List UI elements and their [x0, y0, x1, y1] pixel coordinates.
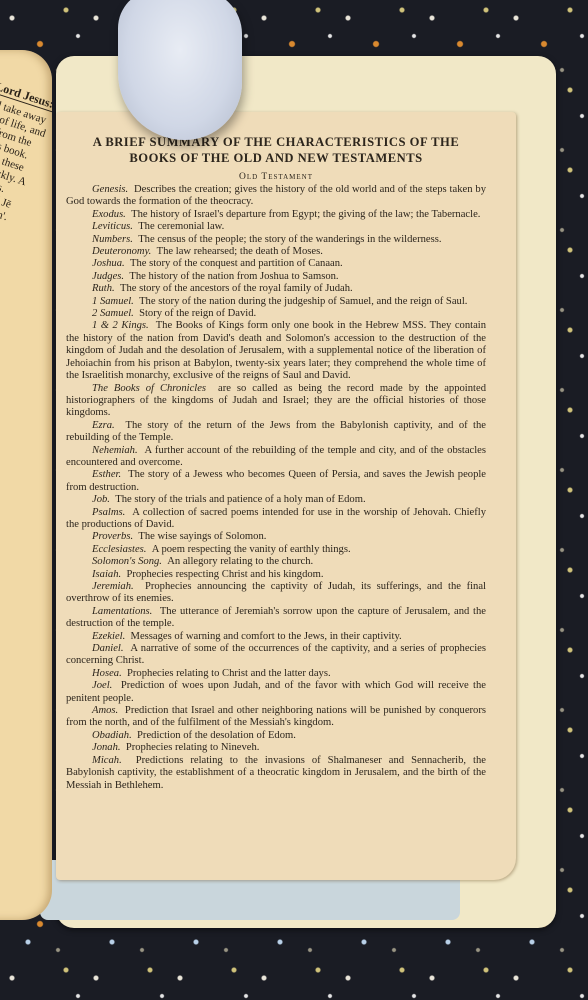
gloved-finger [118, 0, 242, 140]
book-description: The story of the trials and patience of … [115, 494, 365, 505]
book-name: Ezra. [92, 420, 115, 431]
book-description: Prophecies relating to Christ and the la… [127, 668, 331, 679]
book-description: The story of the conquest and partition … [130, 258, 343, 269]
book-name: Ruth. [92, 283, 115, 294]
book-entry: Deuteronomy. The law rehearsed; the deat… [66, 246, 486, 258]
book-name: Exodus. [92, 209, 126, 220]
book-description: The wise sayings of Solomon. [138, 531, 266, 542]
book-entry: Joshua. The story of the conquest and pa… [66, 258, 486, 270]
book-entry: Ezra. The story of the return of the Jew… [66, 420, 486, 445]
book-name: 1 & 2 Kings. [92, 320, 149, 331]
book-description: Prophecies relating to Nineveh. [126, 742, 260, 753]
book-entry: Lamentations. The utterance of Jeremiah'… [66, 606, 486, 631]
book-description: Story of the reign of David. [139, 308, 256, 319]
book-description: Prophecies respecting Christ and his kin… [126, 569, 323, 580]
book-description: The history of Israel's departure from E… [131, 209, 480, 220]
book-entry: Esther. The story of a Jewess who become… [66, 469, 486, 494]
book-name: The Books of Chronicles [92, 383, 206, 394]
book-name: 2 Samuel. [92, 308, 134, 319]
book-entry: Leviticus. The ceremonial law. [66, 221, 486, 233]
book-description: Prediction of the desolation of Edom. [137, 730, 296, 741]
book-name: Leviticus. [92, 221, 133, 232]
book-name: 1 Samuel. [92, 296, 134, 307]
book-name: Hosea. [92, 668, 122, 679]
book-description: Messages of warning and comfort to the J… [131, 631, 402, 642]
book-description: A collection of sacred poems intended fo… [66, 507, 486, 530]
book-entry: Ezekiel. Messages of warning and comfort… [66, 631, 486, 643]
entry-list: Genesis. Describes the creation; gives t… [66, 184, 486, 792]
book-description: The story of the return of the Jews from… [66, 420, 486, 443]
book-name: Ezekiel. [92, 631, 125, 642]
book-entry: Jonah. Prophecies relating to Nineveh. [66, 742, 486, 754]
book-name: Joel. [92, 680, 112, 691]
book-name: Lamentations. [92, 606, 152, 617]
book-description: A poem respecting the vanity of earthly … [152, 544, 351, 555]
book-entry: Psalms. A collection of sacred poems int… [66, 507, 486, 532]
book-description: The census of the people; the story of t… [138, 234, 441, 245]
book-name: Proverbs. [92, 531, 133, 542]
book-entry: Isaiah. Prophecies respecting Christ and… [66, 569, 486, 581]
book-entry: Ruth. The story of the ancestors of the … [66, 283, 486, 295]
book-name: Joshua. [92, 258, 125, 269]
book-entry: Hosea. Prophecies relating to Christ and… [66, 668, 486, 680]
book-name: Psalms. [92, 507, 125, 518]
title-line-2: BOOKS OF THE OLD AND NEW TESTAMENTS [66, 150, 486, 166]
book-name: Isaiah. [92, 569, 121, 580]
book-entry: 1 & 2 Kings. The Books of Kings form onl… [66, 320, 486, 382]
section-heading: Old Testament [66, 172, 486, 182]
book-name: Deuteronomy. [92, 246, 151, 257]
book-entry: Solomon's Song. An allegory relating to … [66, 556, 486, 568]
book-description: The story of the ancestors of the royal … [120, 283, 353, 294]
book-description: The history of the nation from Joshua to… [129, 271, 338, 282]
book-description: Prediction of woes upon Judah, and of th… [66, 680, 486, 703]
book-name: Jonah. [92, 742, 121, 753]
book-entry: Numbers. The census of the people; the s… [66, 234, 486, 246]
book-name: Micah. [92, 755, 122, 766]
book-description: A narrative of some of the occurrences o… [66, 643, 486, 666]
title-line-1: A BRIEF SUMMARY OF THE CHARACTERISTICS O… [66, 134, 486, 150]
book-entry: Ecclesiastes. A poem respecting the vani… [66, 544, 486, 556]
left-page-text: Lord Jesus: A all take away ok of life, … [0, 80, 52, 236]
page-title: A BRIEF SUMMARY OF THE CHARACTERISTICS O… [66, 134, 486, 166]
book-name: Obadiah. [92, 730, 132, 741]
book-name: Jeremiah. [92, 581, 134, 592]
book-name: Job. [92, 494, 110, 505]
book-name: Daniel. [92, 643, 123, 654]
book-entry: Genesis. Describes the creation; gives t… [66, 184, 486, 209]
book-entry: 2 Samuel. Story of the reign of David. [66, 308, 486, 320]
book-name: Solomon's Song. [92, 556, 162, 567]
book-description: The ceremonial law. [138, 221, 224, 232]
book-description: Describes the creation; gives the histor… [66, 184, 486, 207]
book-description: Prediction that Israel and other neighbo… [66, 705, 486, 728]
summary-page: A BRIEF SUMMARY OF THE CHARACTERISTICS O… [56, 112, 516, 880]
book-entry: Jeremiah. Prophecies announcing the capt… [66, 581, 486, 606]
left-page: Lord Jesus: A all take away ok of life, … [0, 50, 52, 920]
book-description: The law rehearsed; the death of Moses. [157, 246, 323, 257]
book-entry: Judges. The history of the nation from J… [66, 271, 486, 283]
book-entry: Micah. Predictions relating to the invas… [66, 755, 486, 792]
book-entry: The Books of Chronicles are so called as… [66, 383, 486, 420]
book-name: Amos. [92, 705, 118, 716]
book-name: Esther. [92, 469, 121, 480]
book-description: The story of the nation during the judge… [139, 296, 467, 307]
book-entry: Obadiah. Prediction of the desolation of… [66, 730, 486, 742]
book-entry: Amos. Prediction that Israel and other n… [66, 705, 486, 730]
book-entry: Nehemiah. A further account of the rebui… [66, 445, 486, 470]
book-description: Predictions relating to the invasions of… [66, 755, 486, 791]
book-entry: Proverbs. The wise sayings of Solomon. [66, 531, 486, 543]
book-entry: 1 Samuel. The story of the nation during… [66, 296, 486, 308]
book-name: Nehemiah. [92, 445, 138, 456]
page-content: A BRIEF SUMMARY OF THE CHARACTERISTICS O… [66, 134, 486, 792]
book-entry: Daniel. A narrative of some of the occur… [66, 643, 486, 668]
book-name: Judges. [92, 271, 124, 282]
book-name: Ecclesiastes. [92, 544, 146, 555]
book-name: Genesis. [92, 184, 128, 195]
book-description: The story of a Jewess who becomes Queen … [66, 469, 486, 492]
book-entry: Job. The story of the trials and patienc… [66, 494, 486, 506]
book-description: An allegory relating to the church. [167, 556, 313, 567]
book-entry: Joel. Prediction of woes upon Judah, and… [66, 680, 486, 705]
book-name: Numbers. [92, 234, 133, 245]
book-entry: Exodus. The history of Israel's departur… [66, 209, 486, 221]
